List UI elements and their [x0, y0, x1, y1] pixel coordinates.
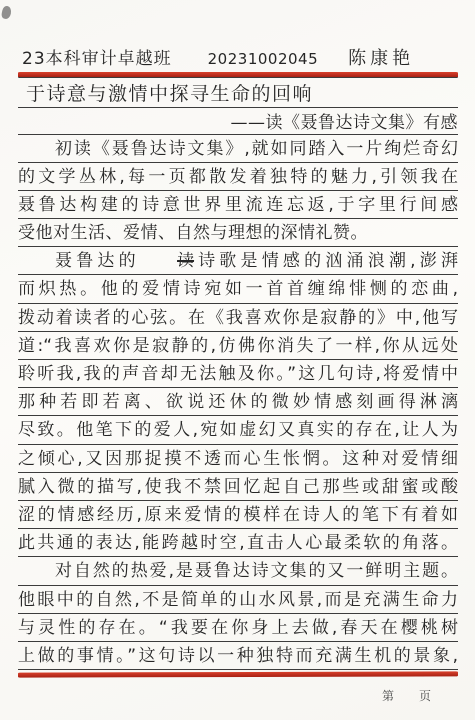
footer-page-label-di: 第 [382, 687, 395, 704]
page-footer: 第 页 [18, 687, 458, 704]
essay-title: 于诗意与激情中探寻生命的回响 [18, 78, 458, 108]
class-name: 23本科审计卓越班 [22, 46, 172, 72]
handwritten-line: 拨动着读者的心弦。在《我喜欢你是寂静的》中,他写 [18, 304, 458, 332]
line-segment: 诗歌是情感的汹涌浪潮,澎湃 [194, 251, 458, 271]
handwritten-line: 上做的事情。”这句诗以一种独特而充满生机的景象, [18, 642, 458, 670]
student-name: 陈康艳 [348, 46, 414, 72]
handwritten-line: 初读《聂鲁达诗文集》,就如同踏入一片绚烂奇幻 [18, 135, 458, 163]
handwritten-line: 的文学丛林,每一页都散发着独特的魅力,引领我在 [18, 163, 458, 191]
handwritten-line: 聂鲁达的读诗歌是情感的汹涌浪潮,澎湃 [18, 247, 458, 275]
handwritten-line: 聂鲁达构建的诗意世界里流连忘返,于字里行间感 [18, 191, 458, 219]
handwritten-line: 之倾心,又因那捉摸不透而心生怅惘。这种对爱情细 [18, 445, 458, 473]
crossed-out-character: 读 [139, 247, 195, 276]
handwritten-line: 而炽热。他的爱情诗宛如一首首缠绵悱恻的恋曲, [18, 275, 458, 303]
handwritten-line: 对自然的热爱,是聂鲁达诗文集的又一鲜明主题。 [18, 557, 458, 585]
handwritten-line: 此共通的表达,能跨越时空,直击人心最柔软的角落。 [18, 529, 458, 557]
handwritten-essay-page: 23本科审计卓越班 20231002045 陈康艳 于诗意与激情中探寻生命的回响… [0, 0, 475, 720]
ruled-sheet: 23本科审计卓越班 20231002045 陈康艳 于诗意与激情中探寻生命的回响… [18, 46, 458, 704]
header-row: 23本科审计卓越班 20231002045 陈康艳 [18, 46, 458, 72]
handwritten-line: 道:“我喜欢你是寂静的,仿佛你消失了一样,你从远处 [18, 332, 458, 360]
student-id: 20231002045 [208, 46, 318, 72]
essay-subtitle: ——读《聂鲁达诗文集》有感 [18, 108, 458, 135]
handwritten-line: 腻入微的描写,使我不禁回忆起自己那些或甜蜜或酸 [18, 473, 458, 501]
handwritten-line: 那种若即若离、欲说还休的微妙情感刻画得淋漓 [18, 388, 458, 416]
handwritten-line: 尽致。他笔下的爱人,宛如虚幻又真实的存在,让人为 [18, 416, 458, 444]
handwritten-line: 他眼中的自然,不是简单的山水风景,而是充满生命力 [18, 586, 458, 614]
handwritten-line: 聆听我,我的声音却无法触及你。”这几句诗,将爱情中 [18, 360, 458, 388]
ink-smudge [1, 5, 13, 20]
footer-page-label-ye: 页 [419, 687, 432, 704]
line-segment: 聂鲁达的 [55, 251, 140, 271]
bottom-red-underline [18, 671, 458, 677]
handwritten-line: 涩的情感经历,原来爱情的模样在诗人的笔下有着如 [18, 501, 458, 529]
handwritten-line: 与灵性的存在。“我要在你身上去做,春天在樱桃树 [18, 614, 458, 642]
handwritten-line: 受他对生活、爱情、自然与理想的深情礼赞。 [18, 219, 458, 247]
